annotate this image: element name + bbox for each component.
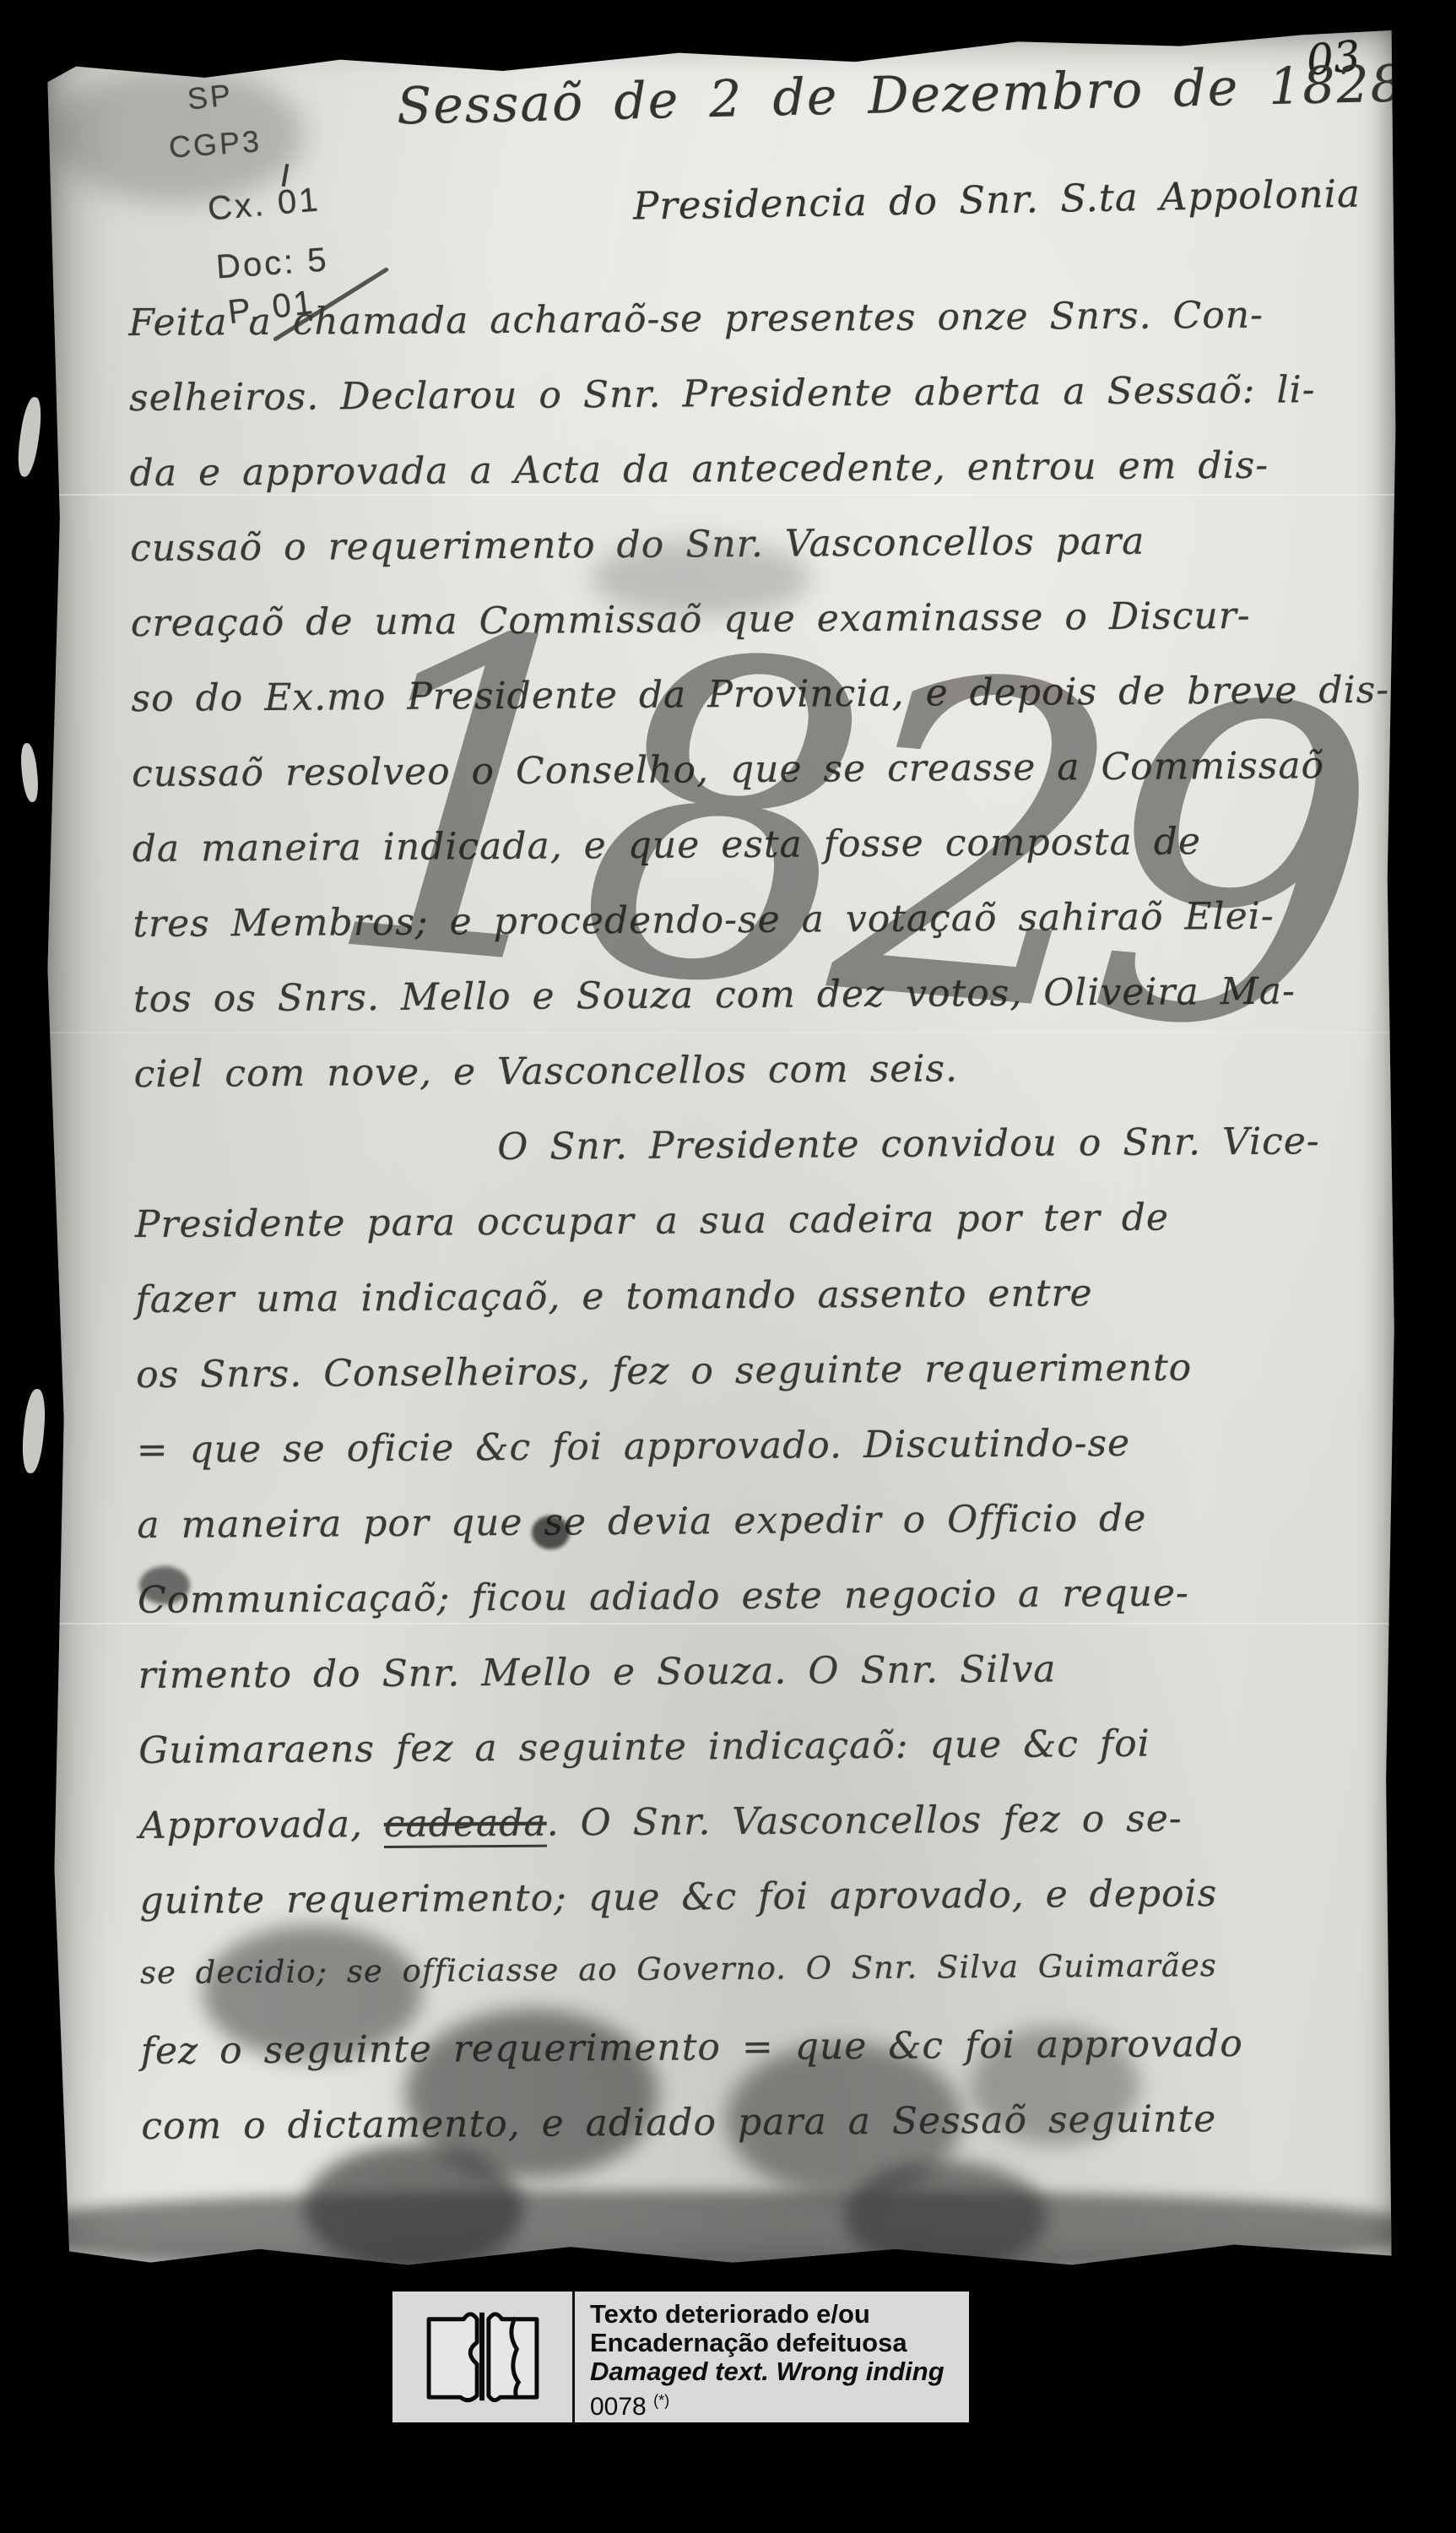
manuscript-line: cussaõ resolveo o Conselho, que se creas… — [132, 744, 1356, 827]
stamp-number-note: (*) — [653, 2392, 669, 2409]
manuscript-line: fazer uma indicaçaõ, e tomando assento e… — [135, 1270, 1360, 1353]
bottom-edge-damage — [25, 2191, 1410, 2271]
stamp-text: Texto deteriorado e/ou Encadernação defe… — [575, 2292, 945, 2422]
stamp-line-pt-1: Texto deteriorado e/ou — [590, 2300, 945, 2329]
manuscript-line: so do Ex.mo Presidente da Provincia, e d… — [131, 669, 1356, 752]
scan-artifact-line — [42, 1032, 1397, 1033]
manuscript-line: da e approvada a Acta da antecedente, en… — [129, 443, 1354, 527]
microfilm-scan-background: SP CGP3 Cx. 01 Doc: 5 P. 01 03 Sessaõ de… — [0, 0, 1456, 2533]
manuscript-line: se decidio; se officiasse ao Governo. O … — [140, 1946, 1365, 2030]
manuscript-line: tres Membros; e procedendo-se a votaçaõ … — [133, 894, 1357, 978]
manuscript-line: Presidente para occupar a sua cadeira po… — [135, 1195, 1360, 1278]
manuscript-page: SP CGP3 Cx. 01 Doc: 5 P. 01 03 Sessaõ de… — [42, 24, 1397, 2274]
archival-annotation-sp: SP — [186, 77, 235, 117]
stamp-line-pt-2: Encadernação defeituosa — [590, 2329, 945, 2357]
scan-artifact-line — [42, 494, 1397, 496]
manuscript-line: fez o seguinte requerimento = que &c foi… — [141, 2021, 1366, 2105]
paper-fragment — [14, 396, 44, 478]
manuscript-line: guinte requerimento; que &c foi aprovado… — [139, 1871, 1364, 1955]
manuscript-line: selheiros. Declarou o Snr. Presidente ab… — [129, 368, 1354, 452]
paper-fragment — [19, 742, 40, 802]
archival-annotation-caixa: Cx. 01 — [206, 181, 322, 228]
line-text: . O Snr. Vasconcellos fez o se- — [546, 1797, 1182, 1844]
archival-annotation-cgp3: CGP3 — [168, 123, 263, 165]
damaged-book-icon — [419, 2306, 546, 2409]
struck-word: cadeada — [384, 1802, 547, 1848]
archive-condition-stamp: Texto deteriorado e/ou Encadernação defe… — [392, 2292, 969, 2422]
stamp-number: 0078 (*) — [590, 2386, 945, 2422]
manuscript-line: rimento do Snr. Mello e Souza. O Snr. Si… — [138, 1646, 1362, 1729]
scan-artifact-line — [42, 1623, 1397, 1624]
manuscript-line: Communicaçaõ; ficou adiado este negocio … — [138, 1570, 1362, 1654]
manuscript-line: creaçaõ de uma Commissaõ que examinasse … — [131, 594, 1356, 677]
manuscript-line: os Snrs. Conselheiros, fez o seguinte re… — [136, 1345, 1361, 1429]
stamp-line-en: Damaged text. Wrong inding — [590, 2357, 945, 2386]
manuscript-line: Guimaraens fez a seguinte indicaçaõ: que… — [138, 1721, 1363, 1804]
paper-fragment — [20, 1388, 48, 1474]
manuscript-body: Feita a chamada acharaõ-se presentes onz… — [128, 293, 1365, 2180]
manuscript-line: O Snr. Presidente convidou o Snr. Vice- — [134, 1120, 1359, 1203]
manuscript-line: a maneira por que se devia expedir o Off… — [137, 1495, 1361, 1579]
manuscript-line: cussaõ o requerimento do Snr. Vasconcell… — [130, 518, 1355, 602]
line-text: Approvada, — [139, 1803, 384, 1847]
stamp-number-value: 0078 — [590, 2393, 647, 2421]
manuscript-line: tos os Snrs. Mello e Souza com dez votos… — [133, 969, 1358, 1053]
archival-annotation-documento: Doc: 5 — [215, 241, 330, 286]
manuscript-line: ciel com nove, e Vasconcellos com seis. — [133, 1044, 1358, 1128]
manuscript-line-with-strikethrough: Approvada, cadeada. O Snr. Vasconcellos … — [139, 1796, 1364, 1879]
stamp-icon-box — [392, 2292, 575, 2422]
presidency-subtitle: Presidencia do Snr. S.ta Appolonia — [633, 171, 1361, 228]
paper-stain — [844, 2161, 1047, 2271]
manuscript-line: = que se oficie &c foi approvado. Discut… — [137, 1420, 1361, 1504]
manuscript-line: da maneira indicada, e que esta fosse co… — [133, 819, 1357, 903]
manuscript-line: com o dictamento, e adiado para a Sessaõ… — [141, 2096, 1366, 2180]
manuscript-line: Feita a chamada acharaõ-se presentes onz… — [128, 293, 1353, 377]
session-title: Sessaõ de 2 de Dezembro de 1828 — [396, 54, 1405, 136]
